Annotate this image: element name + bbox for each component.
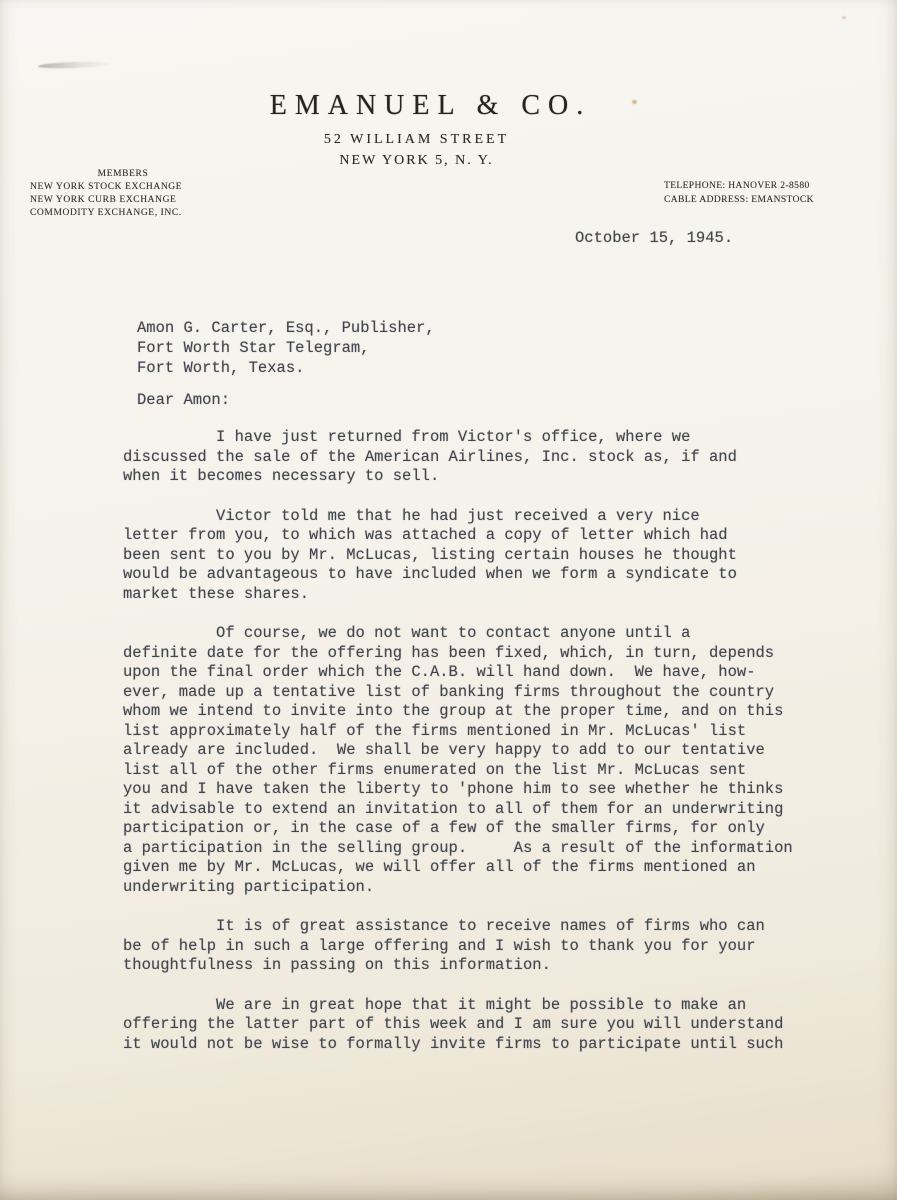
contact-info-block: TELEPHONE: HANOVER 2-8580 CABLE ADDRESS:…: [664, 180, 884, 207]
paragraph-2: Victor told me that he had just received…: [123, 507, 833, 605]
paper-speck: [842, 16, 846, 19]
paragraph-1: I have just returned from Victor's offic…: [123, 428, 833, 487]
telephone-line: TELEPHONE: HANOVER 2-8580: [664, 180, 884, 194]
letter-body: I have just returned from Victor's offic…: [123, 428, 833, 1074]
company-city-address: NEW YORK 5, N. Y.: [0, 153, 865, 169]
paragraph-4: It is of great assistance to receive nam…: [123, 917, 833, 976]
company-name: EMANUEL & CO.: [0, 90, 879, 122]
membership-line: COMMODITY EXCHANGE, INC.: [30, 207, 216, 220]
paragraph-5: We are in great hope that it might be po…: [123, 996, 833, 1055]
membership-line: NEW YORK CURB EXCHANGE: [30, 194, 216, 207]
cable-address-line: CABLE ADDRESS: EMANSTOCK: [664, 194, 884, 208]
scanned-letter-page: EMANUEL & CO. 52 WILLIAM STREET NEW YORK…: [0, 0, 897, 1200]
letter-date: October 15, 1945.: [575, 229, 733, 247]
recipient-address-block: Amon G. Carter, Esq., Publisher, Fort Wo…: [137, 318, 435, 378]
salutation: Dear Amon:: [137, 391, 230, 409]
recipient-company-line: Fort Worth Star Telegram,: [137, 338, 435, 358]
recipient-name-line: Amon G. Carter, Esq., Publisher,: [137, 318, 435, 338]
membership-line: NEW YORK STOCK EXCHANGE: [30, 181, 216, 194]
pencil-smudge-mark: [38, 61, 110, 70]
paragraph-3: Of course, we do not want to contact any…: [123, 624, 833, 897]
exchange-memberships-block: MEMBERS NEW YORK STOCK EXCHANGE NEW YORK…: [30, 168, 216, 220]
company-street-address: 52 WILLIAM STREET: [0, 132, 865, 148]
members-heading: MEMBERS: [30, 168, 216, 181]
recipient-city-line: Fort Worth, Texas.: [137, 358, 435, 378]
